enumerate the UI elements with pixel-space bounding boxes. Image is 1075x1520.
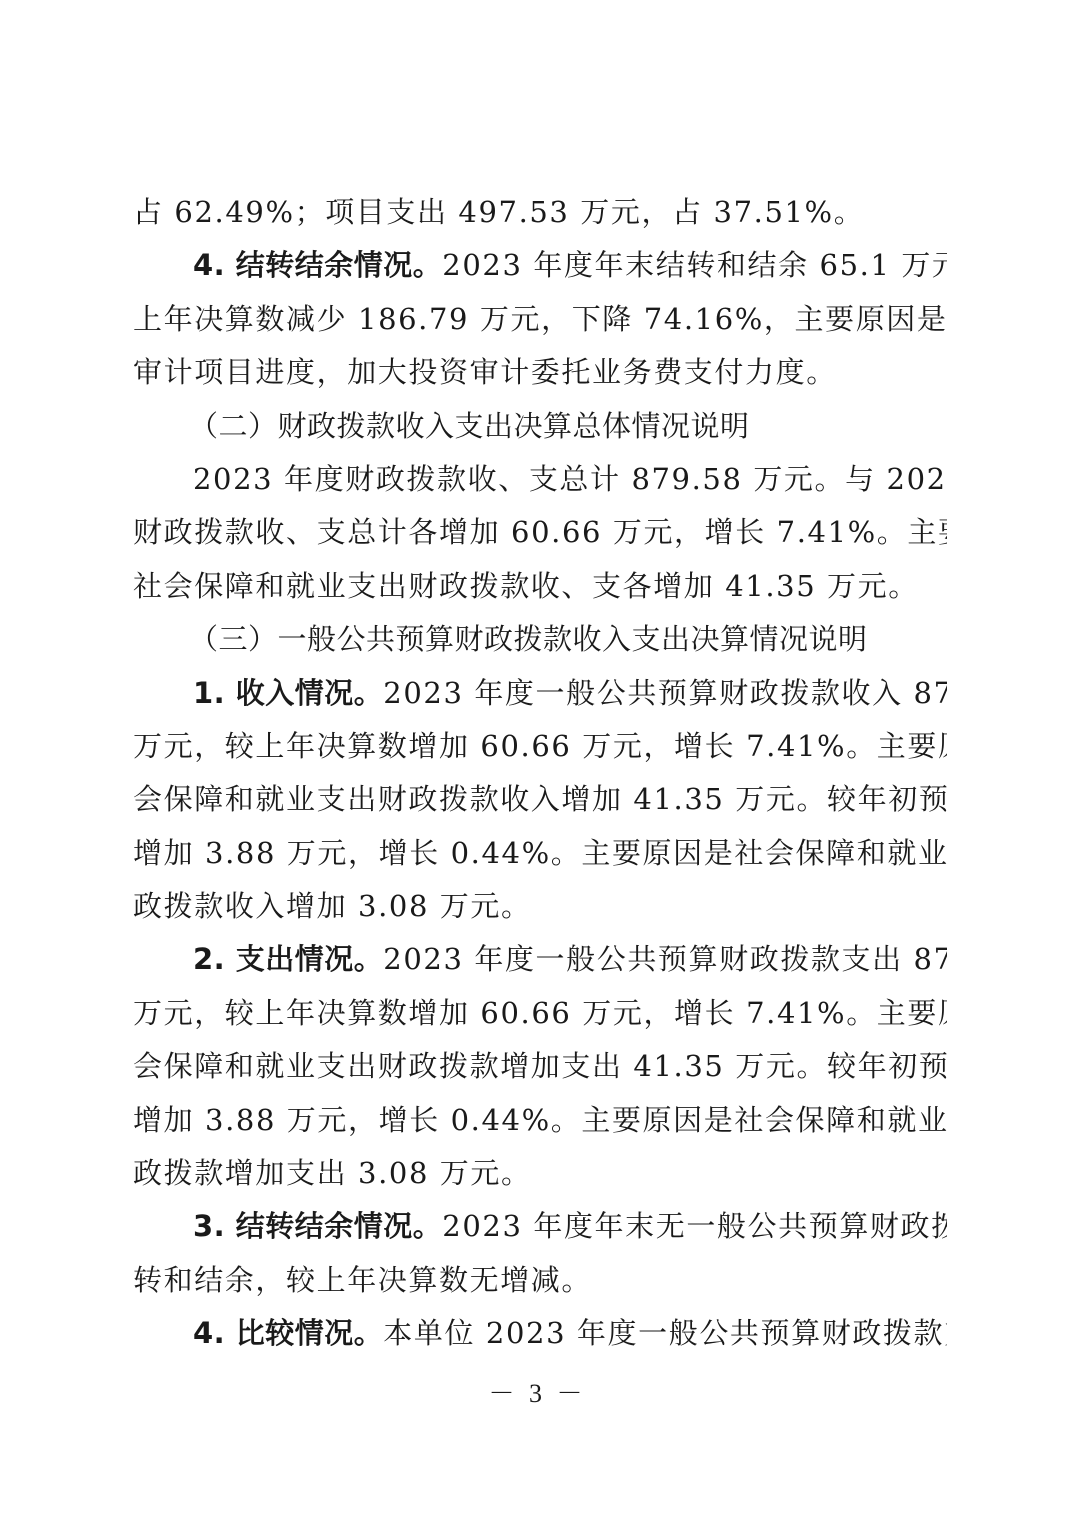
- paragraph-line: 万元，较上年决算数增加 60.66 万元，增长 7.41%。主要原因是社: [133, 987, 947, 1040]
- section-lead-heading: 3. 结转结余情况。: [193, 1209, 442, 1243]
- paragraph-line: 上年决算数减少 186.79 万元，下降 74.16%，主要原因是积极推进: [133, 293, 947, 346]
- paragraph-line: 财政拨款收、支总计各增加 60.66 万元，增长 7.41%。主要原因是: [133, 506, 947, 559]
- text-span: 上年决算数减少 186.79 万元，下降 74.16%，主要原因是积极推进: [133, 302, 947, 336]
- text-span: 2023 年度一般公共预算财政拨款收入 879.58: [383, 676, 947, 710]
- text-span: 2023 年度年末结转和结余 65.1 万元，较: [442, 248, 947, 282]
- document-page: 占 62.49%；项目支出 497.53 万元，占 37.51%。 4. 结转结…: [133, 186, 947, 1361]
- paragraph-line: 社会保障和就业支出财政拨款收、支各增加 41.35 万元。: [133, 560, 947, 613]
- section-lead-heading: 4. 结转结余情况。: [193, 248, 442, 282]
- text-span: 政拨款增加支出 3.08 万元。: [133, 1156, 532, 1190]
- text-span: 万元，较上年决算数增加 60.66 万元，增长 7.41%。主要原因是社: [133, 729, 947, 763]
- paragraph-line: 万元，较上年决算数增加 60.66 万元，增长 7.41%。主要原因是社: [133, 720, 947, 773]
- heading-text: （三）一般公共预算财政拨款收入支出决算情况说明: [189, 622, 868, 656]
- text-span: 增加 3.88 万元，增长 0.44%。主要原因是社会保障和就业支出财: [133, 836, 947, 870]
- paragraph-line: 政拨款收入增加 3.08 万元。: [133, 880, 947, 933]
- paragraph-line: 转和结余，较上年决算数无增减。: [133, 1254, 947, 1307]
- text-span: 财政拨款收、支总计各增加 60.66 万元，增长 7.41%。主要原因是: [133, 515, 947, 549]
- text-span: 会保障和就业支出财政拨款收入增加 41.35 万元。较年初预算数: [133, 782, 947, 816]
- page-number: － 3 －: [0, 1373, 1075, 1410]
- heading-text: （二）财政拨款收入支出决算总体情况说明: [189, 409, 750, 443]
- paragraph-line: 增加 3.88 万元，增长 0.44%。主要原因是社会保障和就业支出财: [133, 827, 947, 880]
- text-span: 会保障和就业支出财政拨款增加支出 41.35 万元。较年初预算数: [133, 1049, 947, 1083]
- text-span: 本单位 2023 年度一般公共预算财政拨款支出: [383, 1316, 947, 1350]
- paragraph-line: 增加 3.88 万元，增长 0.44%。主要原因是社会保障和就业支出财: [133, 1094, 947, 1147]
- subsection-heading: （二）财政拨款收入支出决算总体情况说明: [133, 400, 947, 453]
- section-lead-heading: 4. 比较情况。: [193, 1316, 383, 1350]
- paragraph-line: 占 62.49%；项目支出 497.53 万元，占 37.51%。: [133, 186, 947, 239]
- text-span: 转和结余，较上年决算数无增减。: [133, 1263, 592, 1297]
- paragraph-line: 2023 年度财政拨款收、支总计 879.58 万元。与 2022 年相比，: [133, 453, 947, 506]
- text-span: 审计项目进度，加大投资审计委托业务费支付力度。: [133, 355, 837, 389]
- text-span: 2023 年度年末无一般公共预算财政拨款结: [442, 1209, 947, 1243]
- paragraph-line: 3. 结转结余情况。2023 年度年末无一般公共预算财政拨款结: [133, 1200, 947, 1253]
- paragraph-line: 1. 收入情况。2023 年度一般公共预算财政拨款收入 879.58: [133, 667, 947, 720]
- paragraph-line: 审计项目进度，加大投资审计委托业务费支付力度。: [133, 346, 947, 399]
- text-span: 政拨款收入增加 3.08 万元。: [133, 889, 532, 923]
- section-lead-heading: 2. 支出情况。: [193, 942, 383, 976]
- section-lead-heading: 1. 收入情况。: [193, 676, 383, 710]
- text-span: 2023 年度财政拨款收、支总计 879.58 万元。与 2022 年相比，: [193, 462, 947, 496]
- paragraph-line: 4. 比较情况。本单位 2023 年度一般公共预算财政拨款支出: [133, 1307, 947, 1360]
- text-span: 2023 年度一般公共预算财政拨款支出 879.58: [383, 942, 947, 976]
- paragraph-line: 政拨款增加支出 3.08 万元。: [133, 1147, 947, 1200]
- text-span: 社会保障和就业支出财政拨款收、支各增加 41.35 万元。: [133, 569, 919, 603]
- paragraph-line: 2. 支出情况。2023 年度一般公共预算财政拨款支出 879.58: [133, 933, 947, 986]
- text-span: 万元，较上年决算数增加 60.66 万元，增长 7.41%。主要原因是社: [133, 996, 947, 1030]
- text-span: 占 62.49%；项目支出 497.53 万元，占 37.51%。: [133, 195, 864, 229]
- text-span: 增加 3.88 万元，增长 0.44%。主要原因是社会保障和就业支出财: [133, 1103, 947, 1137]
- paragraph-line: 会保障和就业支出财政拨款收入增加 41.35 万元。较年初预算数: [133, 773, 947, 826]
- paragraph-line: 会保障和就业支出财政拨款增加支出 41.35 万元。较年初预算数: [133, 1040, 947, 1093]
- paragraph-line: 4. 结转结余情况。2023 年度年末结转和结余 65.1 万元，较: [133, 239, 947, 292]
- subsection-heading: （三）一般公共预算财政拨款收入支出决算情况说明: [133, 613, 947, 666]
